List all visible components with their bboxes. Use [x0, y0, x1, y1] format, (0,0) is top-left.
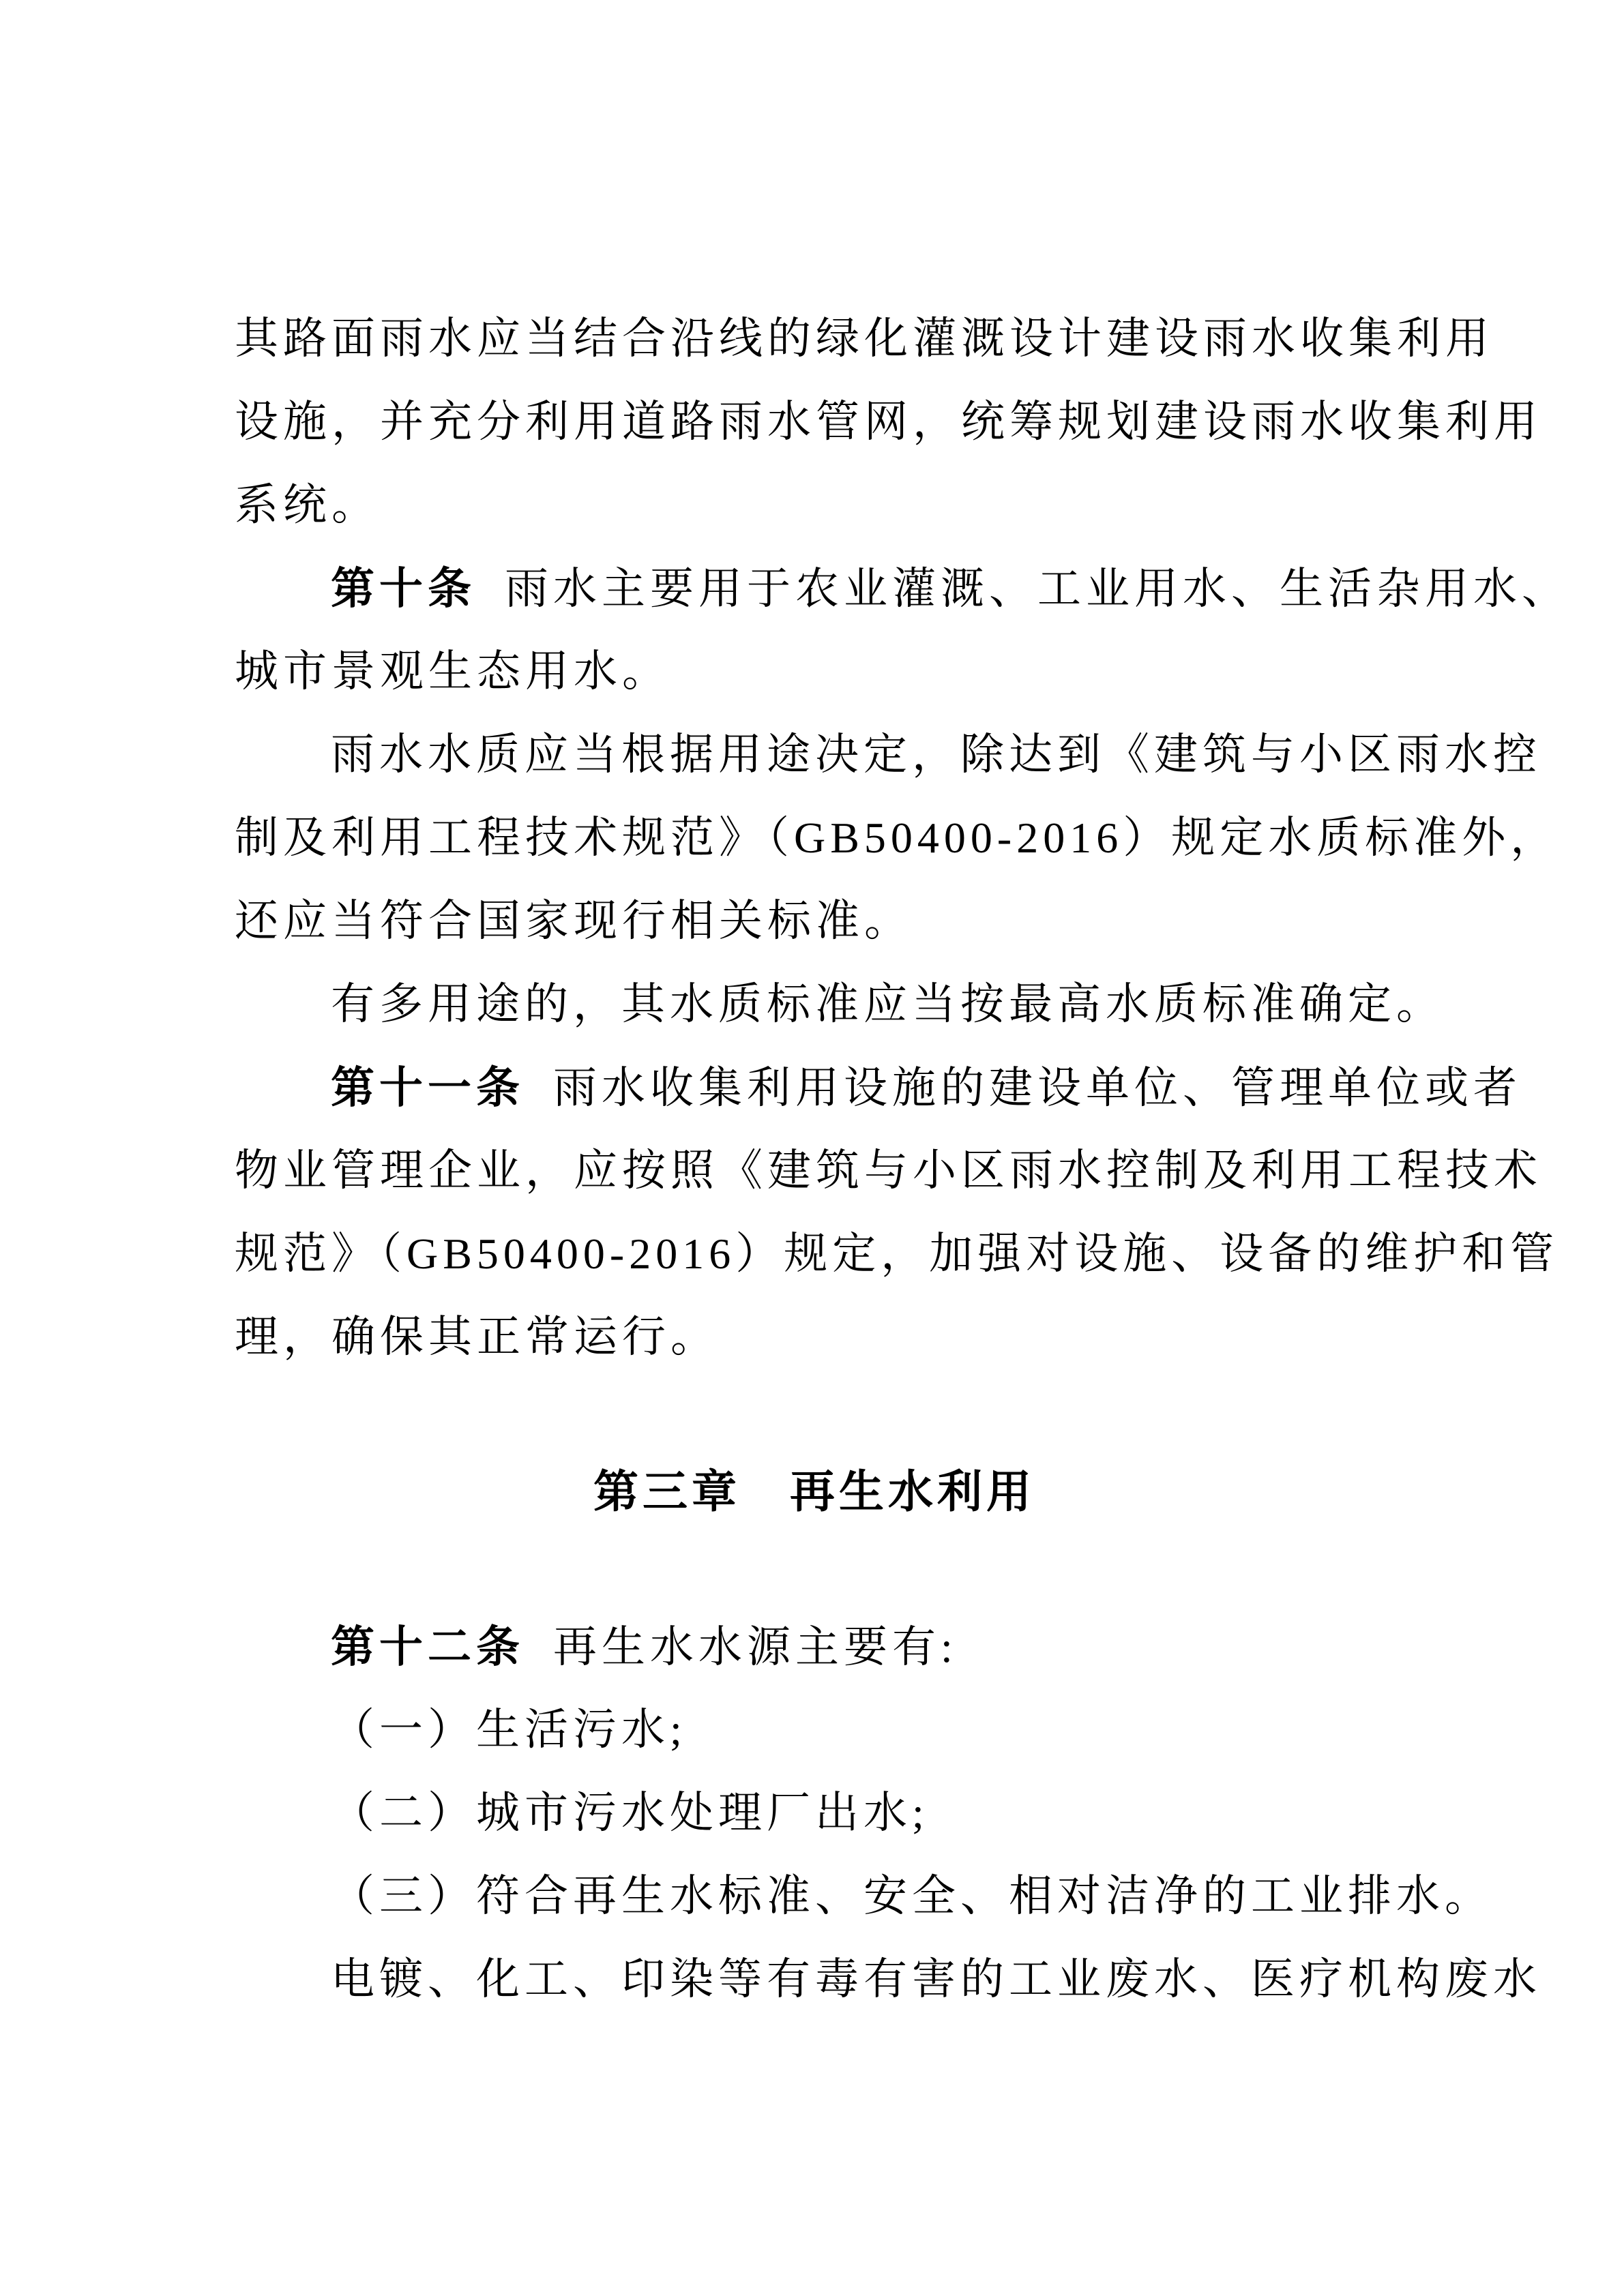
doc-line-list-item-3: （三）符合再生水标准、安全、相对洁净的工业排水。	[235, 1855, 1394, 1938]
line-text: 还应当符合国家现行相关标准。	[235, 897, 913, 945]
line-text: 理，确保其正常运行。	[235, 1313, 719, 1361]
doc-line-list-item-2: （二）城市污水处理厂出水;	[235, 1772, 1394, 1855]
line-text: 城市景观生态用水。	[235, 647, 670, 696]
line-text: （二）城市污水处理厂出水;	[331, 1789, 929, 1837]
chapter-heading-text: 第三章 再生水利用	[593, 1466, 1035, 1517]
line-text: （一）生活污水;	[331, 1705, 687, 1754]
line-text: 雨水主要用于农业灌溉、工业用水、生活杂用水、	[505, 565, 1570, 613]
doc-line-list-item-1: （一）生活污水;	[235, 1688, 1394, 1772]
line-text: 再生水水源主要有:	[553, 1623, 958, 1671]
doc-line: 其路面雨水应当结合沿线的绿化灌溉设计建设雨水收集利用	[235, 297, 1394, 381]
article-number: 第十二条	[331, 1622, 525, 1671]
chapter-heading: 第三章 再生水利用	[235, 1447, 1394, 1536]
line-text: 有多用途的，其水质标准应当按最高水质标准确定。	[331, 980, 1445, 1028]
line-text: 电镀、化工、印染等有毒有害的工业废水、医疗机构废水	[331, 1955, 1541, 2003]
line-text: 制及利用工程技术规范》（GB50400-2016）规定水质标准外，	[235, 814, 1559, 862]
line-text: （三）符合再生水标准、安全、相对洁净的工业排水。	[331, 1872, 1493, 1920]
article-number: 第十条	[331, 564, 476, 613]
line-text: 物业管理企业，应按照《建筑与小区雨水控制及利用工程技术	[235, 1146, 1542, 1195]
document-page: 其路面雨水应当结合沿线的绿化灌溉设计建设雨水收集利用 设施，并充分利用道路雨水管…	[0, 0, 1624, 2296]
article-number: 第十一条	[331, 1063, 525, 1112]
doc-line: 规范》（GB50400-2016）规定，加强对设施、设备的维护和管	[235, 1212, 1394, 1296]
doc-line: 制及利用工程技术规范》（GB50400-2016）规定水质标准外，	[235, 796, 1394, 880]
doc-line-article-11: 第十一条雨水收集利用设施的建设单位、管理单位或者	[235, 1046, 1394, 1129]
doc-line: 设施，并充分利用道路雨水管网，统筹规划建设雨水收集利用	[235, 381, 1394, 464]
doc-line: 理，确保其正常运行。	[235, 1296, 1394, 1379]
doc-line: 有多用途的，其水质标准应当按最高水质标准确定。	[235, 963, 1394, 1046]
doc-line: 电镀、化工、印染等有毒有害的工业废水、医疗机构废水	[235, 1938, 1394, 2021]
doc-line: 物业管理企业，应按照《建筑与小区雨水控制及利用工程技术	[235, 1129, 1394, 1212]
line-text: 规范》（GB50400-2016）规定，加强对设施、设备的维护和管	[235, 1229, 1559, 1278]
document-text-block: 其路面雨水应当结合沿线的绿化灌溉设计建设雨水收集利用 设施，并充分利用道路雨水管…	[235, 297, 1394, 2021]
doc-line: 还应当符合国家现行相关标准。	[235, 880, 1394, 963]
doc-line-article-10: 第十条雨水主要用于农业灌溉、工业用水、生活杂用水、	[235, 547, 1394, 630]
line-text: 其路面雨水应当结合沿线的绿化灌溉设计建设雨水收集利用	[235, 314, 1494, 363]
line-text: 设施，并充分利用道路雨水管网，统筹规划建设雨水收集利用	[235, 398, 1542, 446]
line-text: 雨水水质应当根据用途决定，除达到《建筑与小区雨水控	[331, 730, 1541, 779]
doc-line: 城市景观生态用水。	[235, 630, 1394, 713]
line-text: 系统。	[235, 481, 380, 529]
doc-line: 系统。	[235, 464, 1394, 547]
doc-line: 雨水水质应当根据用途决定，除达到《建筑与小区雨水控	[235, 713, 1394, 796]
doc-line-article-12: 第十二条再生水水源主要有:	[235, 1605, 1394, 1688]
line-text: 雨水收集利用设施的建设单位、管理单位或者	[553, 1064, 1522, 1112]
